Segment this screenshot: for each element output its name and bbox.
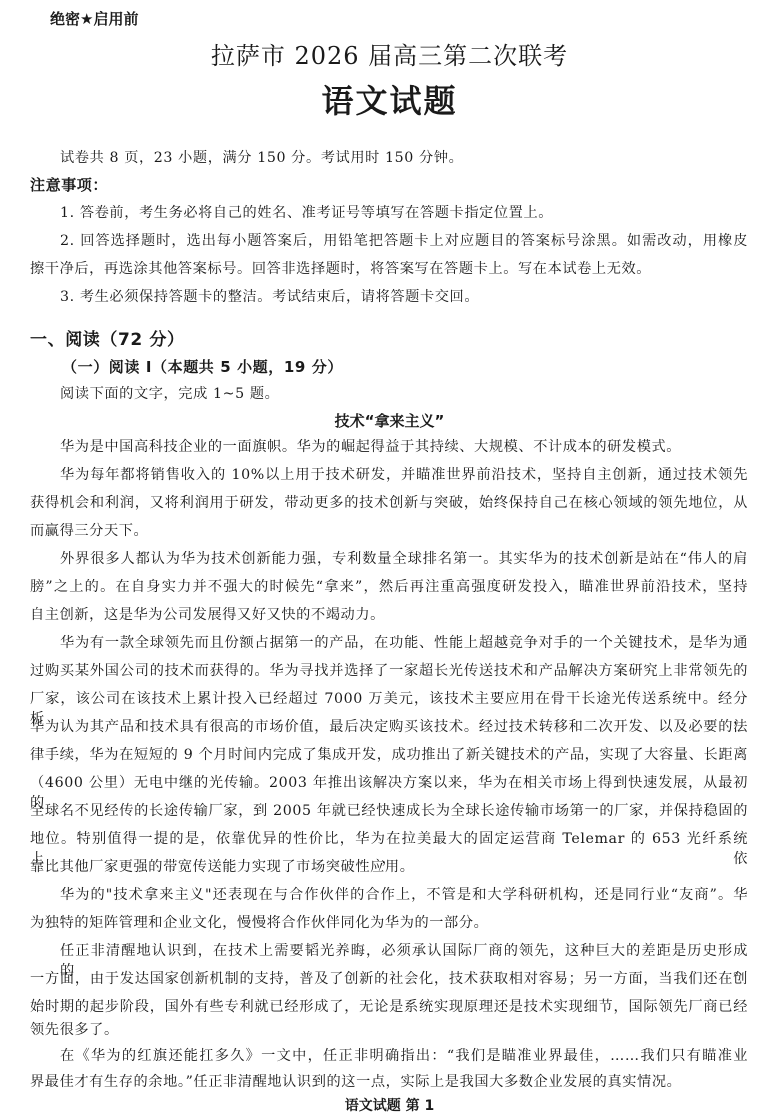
article-line: 膀”之上的。在自身实力并不强大的时候先“拿来”，然后再注重高强度研发投入，瞄准世… — [30, 577, 748, 597]
notice-item-2-cont: 擦干净后，再选涂其他答案标号。回答非选择题时，将答案写在答题卡上。写在本试卷上无… — [30, 259, 748, 279]
notice-heading: 注意事项： — [30, 175, 748, 195]
article-line: 界最佳才有生存的余地。”任正非清醒地认识到的这一点，实际上是我国大多数企业发展的… — [30, 1072, 748, 1092]
article-line: 华为是中国高科技企业的一面旗帜。华为的崛起得益于其持续、大规模、不计成本的研发模… — [60, 437, 748, 457]
article-line: 一方面，由于发达国家创新机制的支持，普及了创新的社会化，技术获取相对容易；另一方… — [30, 969, 748, 989]
article-line: 靠比其他厂家更强的带宽传送能力实现了市场突破性应用。 — [30, 857, 748, 877]
article-line: 华为认为其产品和技术具有很高的市场价值，最后决定购买该技术。经过技术转移和二次开… — [30, 717, 748, 737]
article-line: 始时期的起步阶段，国外有些专利就已经形成了，无论是系统实现原理还是技术实现细节，… — [30, 997, 748, 1017]
notice-item-1: 1. 答卷前，考生务必将自己的姓名、准考证号等填写在答题卡指定位置上。 — [60, 203, 748, 223]
subject-title: 语文试题 — [0, 76, 779, 122]
section-subheading: （一）阅读 I（本题共 5 小题，19 分） — [62, 357, 750, 377]
notice-item-2: 2. 回答选择题时，选出每小题答案后，用铅笔把答题卡上对应题目的答案标号涂黑。如… — [60, 231, 748, 251]
article-line: 华为的"技术拿来主义"还表现在与合作伙伴的合作上，不管是和大学科研机构，还是同行… — [60, 885, 748, 905]
confidential-mark: 绝密★启用前 — [50, 8, 138, 29]
article-line: 领先很多了。 — [30, 1020, 748, 1040]
exam-summary: 试卷共 8 页，23 小题，满分 150 分。考试用时 150 分钟。 — [60, 148, 748, 168]
article-line: 华为每年都将销售收入的 10%以上用于技术研发，并瞄准世界前沿技术，坚持自主创新… — [60, 465, 748, 485]
article-line: 而赢得三分天下。 — [30, 521, 748, 541]
reading-instruction: 阅读下面的文字，完成 1~5 题。 — [60, 384, 748, 404]
article-line: 律手续，华为在短短的 9 个月时间内完成了集成开发，成功推出了新关键技术的产品，… — [30, 745, 748, 765]
exam-title: 拉萨市 2026 届高三第二次联考 — [0, 36, 779, 71]
article-line: 华为有一款全球领先而且份额占据第一的产品，在功能、性能上超越竞争对手的一个关键技… — [60, 633, 748, 653]
article-title: 技术“拿来主义” — [0, 410, 779, 431]
article-line: 过购买某外国公司的技术而获得的。华为寻找并选择了一家超长光传送技术和产品解决方案… — [30, 661, 748, 681]
article-line: 自主创新，这是华为公司发展得又好又快的不竭动力。 — [30, 605, 748, 625]
article-line: 获得机会和利润，又将利润用于研发，带动更多的技术创新与突破，始终保持自己在核心领… — [30, 493, 748, 513]
article-line: 外界很多人都认为华为技术创新能力强，专利数量全球排名第一。其实华为的技术创新是站… — [60, 549, 748, 569]
article-line: 在《华为的红旗还能扛多久》一文中，任正非明确指出：“我们是瞄准业界最佳，……我们… — [60, 1046, 748, 1066]
page-footer: 语文试题 第 1 — [0, 1095, 779, 1113]
article-line: 为独特的矩阵管理和企业文化，慢慢将合作伙伴同化为华为的一部分。 — [30, 913, 748, 933]
notice-item-3: 3. 考生必须保持答题卡的整洁。考试结束后，请将答题卡交回。 — [60, 287, 748, 307]
article-line: 全球名不见经传的长途传输厂家，到 2005 年就已经快速成长为全球长途传输市场第… — [30, 801, 748, 821]
section-heading: 一、阅读（72 分） — [30, 330, 748, 350]
